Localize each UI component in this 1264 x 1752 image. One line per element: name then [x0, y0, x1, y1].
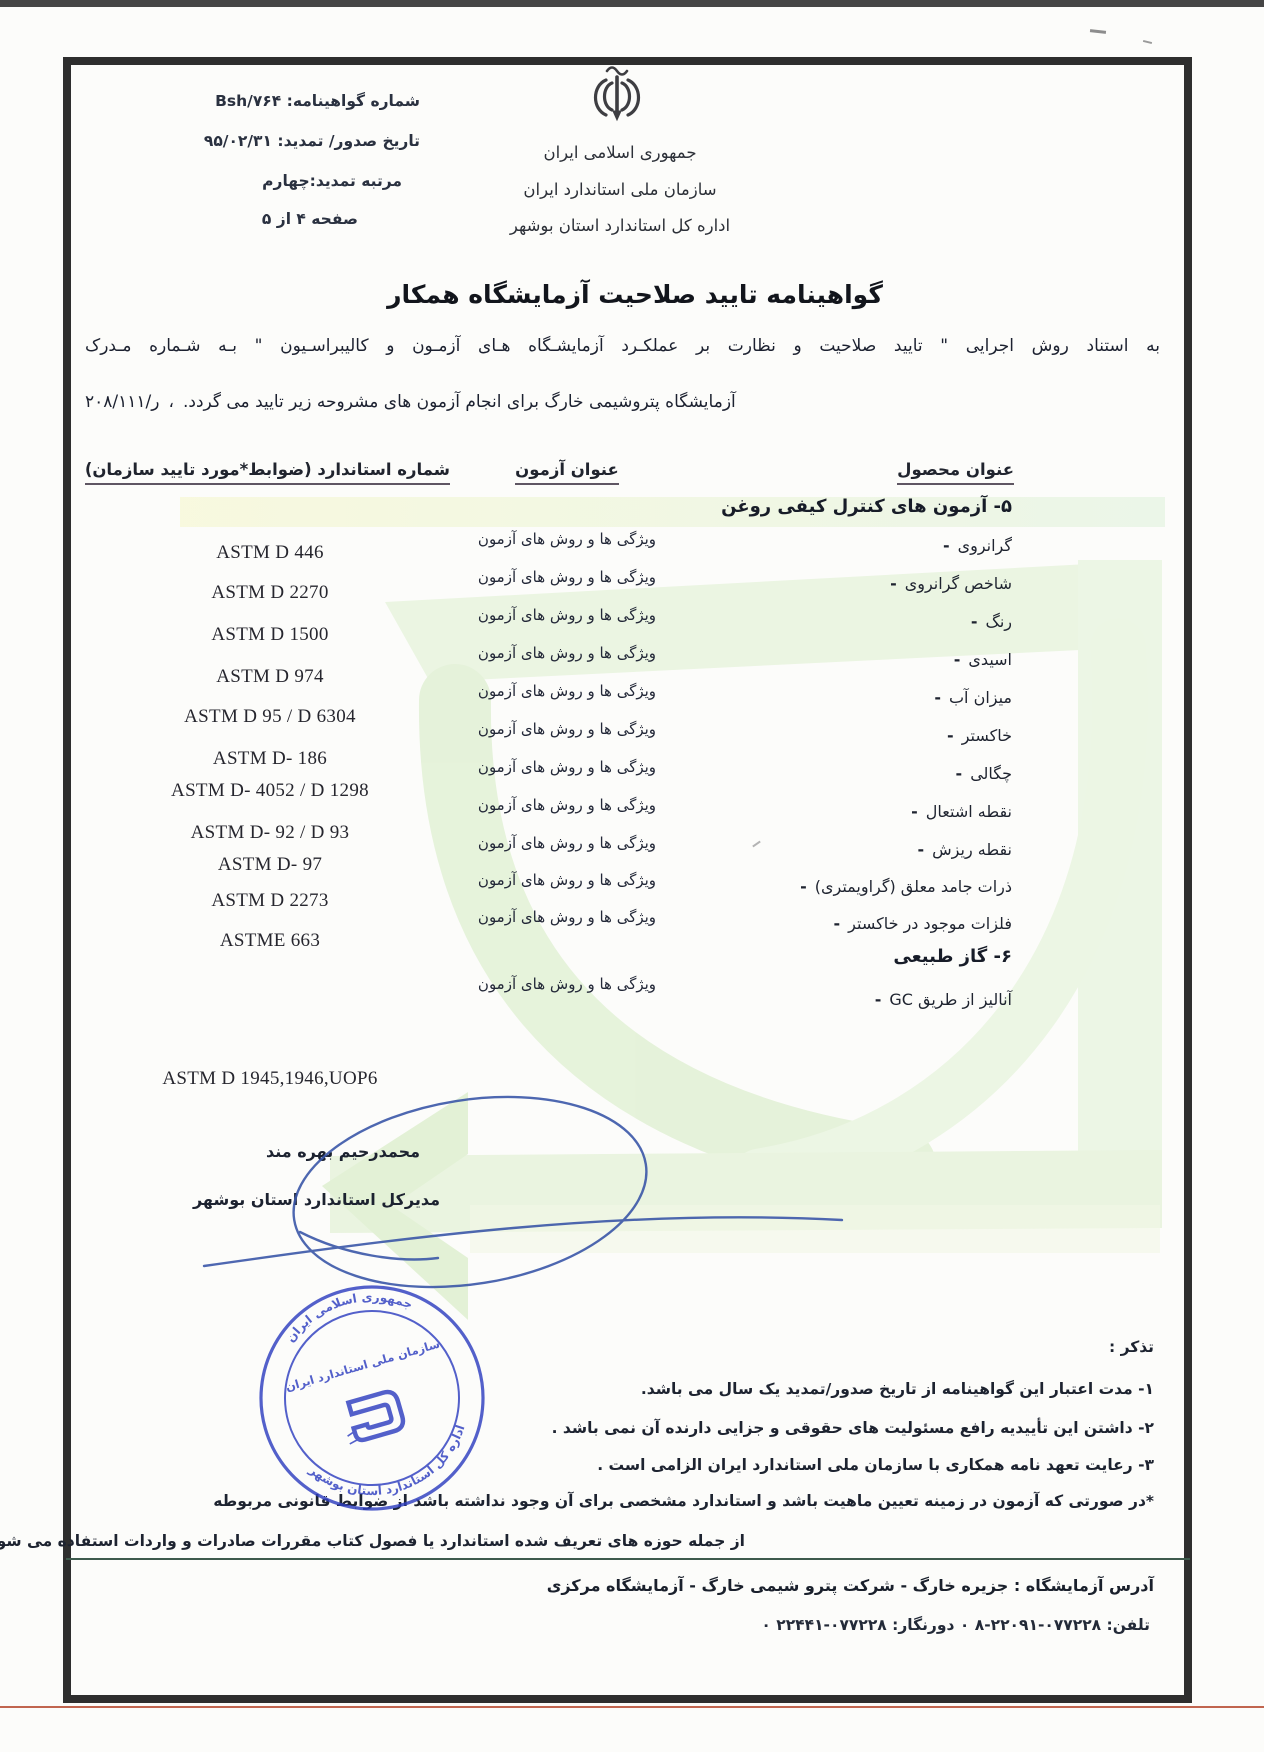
svg-text:جمهوری اسلامی ایران: جمهوری اسلامی ایران	[277, 1275, 418, 1347]
stamp-logo-icon	[339, 1389, 406, 1443]
official-round-stamp: جمهوری اسلامی ایران اداره کل استاندارد ا…	[0, 0, 1264, 1752]
stamp-center-text: سازمان ملی استاندارد ایران	[284, 1337, 441, 1395]
certificate-page: شماره گواهینامه: Bsh/۷۶۴ تاریخ صدور/ تمد…	[0, 0, 1264, 1752]
stamp-ring-top-text: جمهوری اسلامی ایران	[277, 1275, 418, 1347]
